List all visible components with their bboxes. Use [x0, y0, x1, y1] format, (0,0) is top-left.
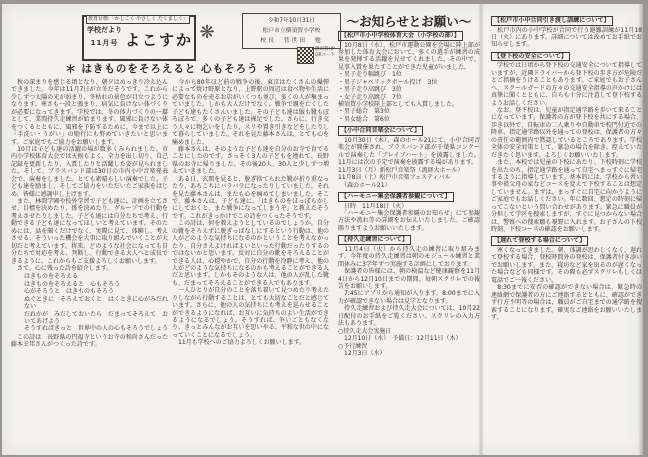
paragraph: 藤本さんは、そのような子ども達を自分のお寺で育てることにしたのです。さっそく3人…	[172, 146, 329, 176]
notices-title: ～お知らせとお願い～	[336, 12, 482, 30]
paragraph: 11月4日（火）から持久走の練習に取り組みます。今年度の持久走練習は朝のモジュー…	[338, 246, 480, 268]
paragraph: この詩は、何を教えようとしているのでしょうか。自分の靴をそろえずに脱ぎっぱなしに…	[172, 220, 329, 287]
section-heading: 【小中合同音楽会について】	[338, 126, 423, 136]
section-body: 10月30日（木）、森のホール21にて、小中合同音楽会が開催され、ブラスバンド部…	[338, 137, 480, 189]
paragraph: また、本校では児童の下校にあたり、下校時刻に学校を出たのち、指定通学路を通って自…	[491, 159, 642, 233]
section-body: 10月8日（水）、松戸市運動公園を会場に陸上部が参加した体育大会において、多くの…	[338, 42, 480, 124]
masthead-left: 学校だより 11月号	[87, 25, 122, 48]
paragraph: 持久走練習および持久走大会については、10月22日配付のお手紙をご覧ください。ス…	[338, 305, 480, 327]
issuer-box: 令和7年10月31日 松戸市立横須賀小学校 校長 菅世田 勉	[242, 13, 341, 49]
paragraph: 寒くなってきました。朝、体調が思わしくなく、遅れて登校する場合、登校時間外の登校…	[491, 247, 642, 284]
poem-line: 心がそろうと はきものもそろう	[24, 288, 168, 295]
paragraph: 11月も学校へのご協力よろしくお願いします。	[172, 339, 329, 346]
poem-line: ぬぐときに そろえておくと はくときに心がみだれない	[24, 296, 168, 311]
essay-column-2: 今から80年ほど前の戦争の後、東京はたくさんの爆弾によって焼け野原となり、上野駅…	[172, 79, 329, 347]
notice-section: 【松戸市小中合同引き渡し訓練について】 松戸市内の小中学校が合同で行う避難訓練が…	[491, 16, 642, 49]
poem-line: だれかが みだしておいたら だまってそろえて おいてあげよう	[24, 311, 168, 326]
poem-line: はきものをそろえる	[24, 273, 168, 280]
paragraph: （森のホール21）	[338, 182, 480, 189]
paragraph: 「ハーモニー集会保護者参観のお知らせ」にて参観方法や流れ等の詳細をお伝えいたしま…	[338, 210, 480, 232]
paragraph: ・男子走り幅跳び 1位	[338, 71, 480, 78]
newsletter-scan: { "colors": { "paper": "#f3f2ec", "ink":…	[0, 0, 648, 457]
masthead-row: 学校だより 11月号 よこすか	[84, 25, 194, 50]
paragraph: ・男子総合 第3位	[338, 108, 480, 115]
essay-column-1: 秋の深まりを感じる頃となり、朝夕はめっきり冷え込んできました。今年は11月7日が…	[11, 79, 168, 349]
page-fold-shadow	[478, 4, 484, 455]
paragraph: 秋の深まりを感じる頃となり、朝夕はめっきり冷え込んできました。今年は11月7日が…	[11, 79, 168, 146]
section-heading: 【松戸市小中合同引き渡し訓練について】	[491, 16, 613, 26]
paragraph: 学校では日頃から登下校の交通安全について指導していますが、近隣ドライバーから登下…	[491, 62, 642, 107]
paragraph: 10月8日（水）、松戸市運動公園を会場に陸上部が参加した体育大会において、多くの…	[338, 42, 480, 72]
section-body: 11月4日（火）から持久走の練習に取り組みます。今年度の持久走練習は朝のモジュー…	[338, 246, 480, 358]
section-heading: 【遅れて登校する場合について】	[491, 236, 588, 246]
paragraph: なお、登下校は、児童が指定通学路を歩いて来ることになっています。保護者の方が登下…	[491, 107, 642, 159]
paragraph: 今から80年ほど前の戦争の後、東京はたくさんの爆弾によって焼け野原となり、上野駅…	[172, 79, 329, 146]
paragraph: 12月3日（水）	[338, 350, 480, 357]
section-body: 寒くなってきました。朝、体調が思わしくなく、遅れて登校する場合、登校時間外の登校…	[491, 247, 642, 321]
section-heading: 【ハーモニー集会保護者参観について】	[338, 192, 454, 202]
notice-section: 【遅れて登校する場合について】 寒くなってきました。朝、体調が思わしくなく、遅れ…	[491, 236, 642, 321]
essay-title: ＊ はきものをそろえると 心もそろう ＊	[8, 61, 332, 76]
newsletter-label: 学校だより	[87, 25, 122, 35]
school-emblem-icon: ❋	[195, 21, 219, 45]
essay-paragraphs-2: 今から80年ほど前の戦争の後、東京はたくさんの爆弾によって焼け野原となり、上野駅…	[172, 79, 329, 347]
notice-section: 【ハーモニー集会保護者参観について】 日時 11月18日（火） 「ハーモニー集会…	[338, 192, 480, 232]
notice-sections-2: 【松戸市小中合同引き渡し訓練について】 松戸市内の小中学校が合同で行う避難訓練が…	[491, 16, 642, 321]
paragraph: 一人ひとりが自分のことを落ち着いて見つめたり考えたりしながら行動することは、とて…	[172, 287, 329, 339]
paragraph: また、林間学園や校外学習で子ども達に、計画を立てさせ、目標を決めたり、係を決めた…	[11, 198, 168, 265]
paragraph: 12月10日（水） 予備日：12月11日（木）	[338, 335, 480, 342]
essay-closing: この詩は 長野県の円福寺というお寺の和尚さんだった藤本幸邦さんがつくった詩です。	[11, 334, 168, 349]
paragraph: ・男女総合 第6位	[338, 116, 480, 123]
section-heading: 【松戸市小中学校体育大会（小学校の部）】	[338, 31, 463, 41]
masthead-box: 教育目標:「かしこく やさしく たくましく」 学校だより 11月号 よこすか	[82, 15, 196, 61]
notice-section: 【登下校の安全について】 学校では日頃から登下校の交通安全について指導しています…	[491, 52, 642, 234]
paragraph: さて、心に残った詩を紹介します。	[11, 265, 168, 272]
paragraph: 11月8日（土）松戸市音楽フェスティバル	[338, 174, 480, 181]
paragraph: ある日、玄関を見ると、脱ぎ捨てられた靴が折り重なったり、あちこちにバラバラになっ…	[172, 176, 329, 221]
issue-number: 11月号	[91, 38, 119, 48]
principal-name: 校長 菅世田 勉	[245, 36, 338, 46]
poem: はきものをそろえるはきものをそろえると 心もそろう心がそろうと はきものもそろう…	[24, 273, 168, 333]
notices-column-2: 【松戸市小中合同引き渡し訓練について】 松戸市内の小中学校が合同で行う避難訓練が…	[491, 16, 642, 324]
qr-label-line2: QRコード	[315, 53, 335, 59]
poem-line: そうすればきっと 世界中の人の心もそろうでしょう	[24, 325, 168, 332]
paragraph: ・女子走り高跳び 7位	[338, 94, 480, 101]
paragraph: 松戸市内の小中学校が合同で行う避難訓練が11月18日（火）にあります。詳細につい…	[491, 27, 642, 49]
qr-label-line1: 横須賀HP	[315, 47, 335, 53]
notices-column-1: 【松戸市小中学校体育大会（小学校の部）】 10月8日（水）、松戸市運動公園を会場…	[338, 31, 480, 360]
paragraph: 10月30日（木）、森のホール21にて、小中合同音楽会が開催され、ブラスバンド部…	[338, 137, 480, 167]
notice-section: 【持久走練習について】 11月4日（火）から持久走の練習に取り組みます。今年度の…	[338, 235, 480, 357]
paragraph: 日時 11月18日（火）	[338, 203, 480, 210]
issue-date: 令和7年10月31日	[245, 16, 338, 26]
section-heading: 【持久走練習について】	[338, 235, 411, 245]
paper-page: 教育目標:「かしこく やさしく たくましく」 学校だより 11月号 よこすか ❋…	[2, 4, 643, 455]
school-name: 松戸市立横須賀小学校	[245, 26, 338, 36]
scan-edge-shadow	[638, 4, 643, 455]
paragraph: ○予行練習	[338, 343, 480, 350]
notice-section: 【松戸市小中学校体育大会（小学校の部）】 10月8日（水）、松戸市運動公園を会場…	[338, 31, 480, 123]
paragraph: 10月は子ども達の活躍の場が数多くみられました。市内小学校体育大会では天候もよく…	[11, 146, 168, 198]
section-heading: 【登下校の安全について】	[491, 52, 570, 62]
paragraph: ・男子走り高跳び 3位	[338, 86, 480, 93]
notice-sections-1: 【松戸市小中学校体育大会（小学校の部）】 10月8日（水）、松戸市運動公園を会場…	[338, 31, 480, 357]
paragraph: 7:45にアプリから通知が入ります。8:00までに入力が確認できない場合は見学と…	[338, 290, 480, 305]
school-motto: 教育目標:「かしこく やさしく たくましく」	[86, 15, 190, 24]
section-body: 日時 11月18日（火） 「ハーモニー集会保護者参観のお知らせ」にて参観方法や流…	[338, 203, 480, 233]
notice-section: 【小中合同音楽会について】 10月30日（木）、森のホール21にて、小中合同音楽…	[338, 126, 480, 189]
paragraph: 11月3日（月）新松戸音楽祭（流経大ホール）	[338, 167, 480, 174]
essay-paragraphs: 秋の深まりを感じる頃となり、朝夕はめっきり冷え込んできました。今年は11月7日が…	[11, 79, 168, 272]
paragraph: 保護者の皆様には、朝の検温など健康観察を11月4日から12月10日までの期間、毎…	[338, 268, 480, 290]
paragraph: ○持久走大会実施日	[338, 328, 480, 335]
newsletter-title: よこすか	[125, 29, 193, 50]
section-body: 松戸市内の小中学校が合同で行う避難訓練が11月18日（火）にあります。詳細につい…	[491, 27, 642, 49]
paragraph: 8:30までに安否の確認ができない場合は、緊急時の連絡網で保護者の方にご連絡する…	[491, 284, 642, 321]
section-body: 学校では日頃から登下校の交通安全について指導していますが、近隣ドライバーから登下…	[491, 62, 642, 233]
